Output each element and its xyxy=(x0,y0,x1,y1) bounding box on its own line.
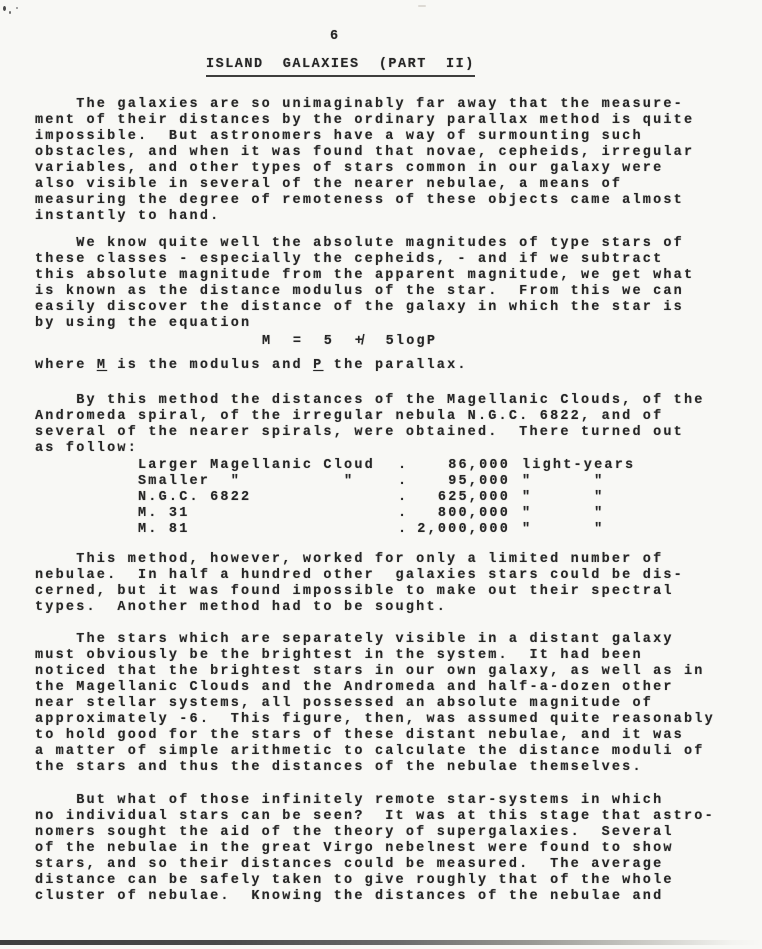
paragraph-5: The stars which are separately visible i… xyxy=(35,632,715,776)
distance-unit: " " xyxy=(522,522,604,538)
paragraph-2: We know quite well the absolute magnitud… xyxy=(35,236,694,332)
paragraph-1: The galaxies are so unimaginably far awa… xyxy=(35,97,694,225)
distance-value: 86,000 xyxy=(410,458,510,474)
ink-speck xyxy=(3,6,6,11)
distance-value: 800,000 xyxy=(410,506,510,522)
paragraph-3: By this method the distances of the Mage… xyxy=(35,393,705,457)
ink-speck xyxy=(418,5,426,7)
object-cell: M. 81 xyxy=(138,522,398,538)
separator-dot: . xyxy=(398,522,410,538)
object-cell: Smaller " " xyxy=(138,474,398,490)
separator-dot: . xyxy=(398,474,410,490)
ink-speck xyxy=(16,7,18,9)
table-row: M. 31.800,000" " xyxy=(138,506,635,522)
object-cell: M. 31 xyxy=(138,506,398,522)
ink-speck xyxy=(9,11,11,14)
modulus-line-text: is the modulus and xyxy=(107,358,313,373)
object-cell: Larger Magellanic Cloud xyxy=(138,458,398,474)
distance-value: 95,000 xyxy=(410,474,510,490)
distance-unit: light-years xyxy=(522,458,635,474)
distance-table: Larger Magellanic Cloud.86,000light-year… xyxy=(138,458,635,538)
separator-dot: . xyxy=(398,506,410,522)
scan-edge-artifact xyxy=(0,940,762,945)
table-row: Smaller " ".95,000" " xyxy=(138,474,635,490)
modulus-definition-line: where M is the modulus and P the paralla… xyxy=(35,358,468,374)
table-row: M. 81.2,000,000" " xyxy=(138,522,635,538)
paragraph-4: This method, however, worked for only a … xyxy=(35,552,684,616)
modulus-symbol: M xyxy=(97,358,107,373)
modulus-line-text: where xyxy=(35,358,97,373)
distance-unit: " " xyxy=(522,506,604,522)
page-number: 6 xyxy=(330,29,340,45)
scanned-document-page: { "page": { "number": "6", "title": "ISL… xyxy=(0,0,762,949)
document-title: ISLAND GALAXIES (PART II) xyxy=(206,57,475,77)
distance-modulus-equation: M = 5 +̸ 5logP xyxy=(262,334,437,350)
modulus-line-text: the parallax. xyxy=(323,358,467,373)
table-row: Larger Magellanic Cloud.86,000light-year… xyxy=(138,458,635,474)
table-row: N.G.C. 6822.625,000" " xyxy=(138,490,635,506)
paragraph-6: But what of those infinitely remote star… xyxy=(35,793,715,905)
separator-dot: . xyxy=(398,458,410,474)
distance-unit: " " xyxy=(522,490,604,506)
parallax-symbol: P xyxy=(313,358,323,373)
object-cell: N.G.C. 6822 xyxy=(138,490,398,506)
distance-value: 2,000,000 xyxy=(410,522,510,538)
distance-unit: " " xyxy=(522,474,604,490)
separator-dot: . xyxy=(398,490,410,506)
distance-value: 625,000 xyxy=(410,490,510,506)
